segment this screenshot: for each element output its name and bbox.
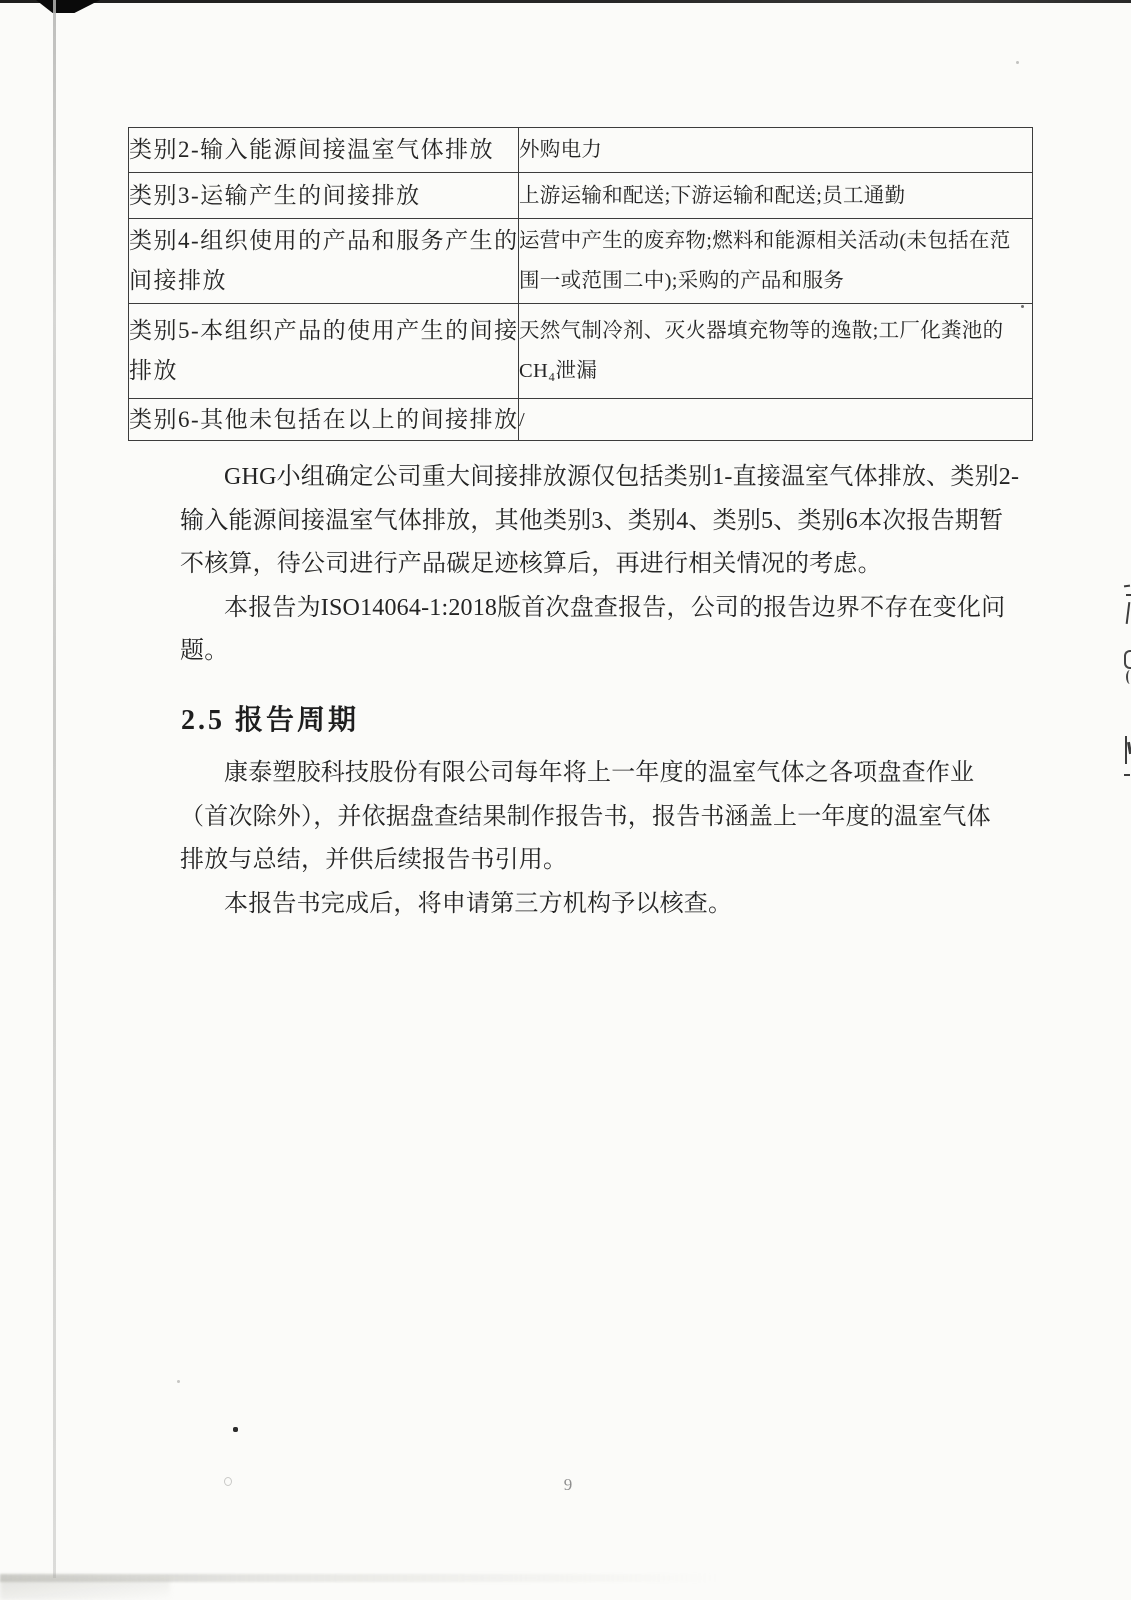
source-text: / <box>519 400 1032 440</box>
scan-artifact-edge-fragment <box>1124 650 1131 669</box>
paragraph-line: 输入能源间接温室气体排放，其他类别3、类别4、类别5、类别6本次报告期暂 <box>180 500 995 544</box>
emission-categories-table: 类别2-输入能源间接温室气体排放 外购电力 类别3-运输产生的间接排放 上游运输… <box>128 127 1033 441</box>
paragraph-line: （首次除外），并依据盘查结果制作报告书，报告书涵盖上一年度的温室气体 <box>180 796 995 840</box>
scan-artifact-speck <box>177 1380 180 1383</box>
scan-artifact-speck <box>233 1427 238 1432</box>
source-text: 上游运输和配送;下游运输和配送;员工通勤 <box>519 176 1032 216</box>
paragraph-line: 本报告为ISO14064-1:2018版首次盘查报告，公司的报告边界不存在变化问 <box>180 587 995 631</box>
scanned-document-page: 类别2-输入能源间接温室气体排放 外购电力 类别3-运输产生的间接排放 上游运输… <box>0 0 1131 1600</box>
table-row: 类别6-其他未包括在以上的间接排放 / <box>129 399 1033 441</box>
scan-artifact-edge-fragment <box>1124 774 1130 776</box>
paragraph-line: 不核算，待公司进行产品碳足迹核算后，再进行相关情况的考虑。 <box>180 543 995 587</box>
scan-artifact-top-edge <box>0 0 1131 3</box>
scan-artifact-top-wedge <box>36 0 100 13</box>
paragraph-line: 康泰塑胶科技股份有限公司每年将上一年度的温室气体之各项盘查作业 <box>180 752 995 796</box>
source-text: 外购电力 <box>519 130 1032 170</box>
scan-artifact-speck <box>224 1477 232 1486</box>
table-row: 类别5-本组织产品的使用产生的间接 排放 天然气制冷剂、灭火器填充物等的逸散;工… <box>129 304 1033 399</box>
scan-artifact-edge-fragment <box>1127 742 1131 754</box>
scan-artifact-edge-fragment <box>1125 736 1127 764</box>
paragraph-report-cycle: 康泰塑胶科技股份有限公司每年将上一年度的温室气体之各项盘查作业 （首次除外），并… <box>180 752 995 926</box>
table-row: 类别3-运输产生的间接排放 上游运输和配送;下游运输和配送;员工通勤 <box>129 173 1033 219</box>
scan-artifact-edge-fragment <box>1126 670 1131 684</box>
scan-artifact-bottom-shadow <box>0 1574 920 1582</box>
scan-artifact-edge-fragment <box>1126 594 1131 596</box>
paragraph-line: 题。 <box>180 630 995 674</box>
page-number: 9 <box>553 1475 583 1495</box>
scan-artifact-bottom-corner <box>0 1578 170 1600</box>
source-text: 围一或范围二中);采购的产品和服务 <box>519 261 1032 301</box>
category-label: 类别3-运输产生的间接排放 <box>129 176 518 216</box>
table-row: 类别2-输入能源间接温室气体排放 外购电力 <box>129 128 1033 173</box>
category-label: 间接排放 <box>129 261 518 301</box>
source-text: 天然气制冷剂、灭火器填充物等的逸散;工厂化粪池的 <box>519 311 1032 351</box>
scan-artifact-edge-fragment <box>1124 585 1130 588</box>
source-text: CH₄泄漏 <box>519 351 1032 391</box>
paragraph-line: GHG小组确定公司重大间接排放源仅包括类别1-直接温室气体排放、类别2- <box>180 456 995 500</box>
category-label: 类别2-输入能源间接温室气体排放 <box>129 130 518 170</box>
paragraph-line: 本报告书完成后，将申请第三方机构予以核查。 <box>180 883 995 927</box>
paragraph-line: 排放与总结，并供后续报告书引用。 <box>180 839 995 883</box>
source-text: 运营中产生的废弃物;燃料和能源相关活动(未包括在范 <box>519 221 1032 261</box>
table-row: 类别4-组织使用的产品和服务产生的 间接排放 运营中产生的废弃物;燃料和能源相关… <box>129 219 1033 304</box>
section-heading-2-5: 2.5 报告周期 <box>181 698 359 738</box>
scan-artifact-edge-fragment <box>1126 602 1131 624</box>
category-label: 类别5-本组织产品的使用产生的间接 <box>129 311 518 351</box>
category-label: 类别4-组织使用的产品和服务产生的 <box>129 221 518 261</box>
category-label: 排放 <box>129 351 518 391</box>
category-label: 类别6-其他未包括在以上的间接排放 <box>129 400 518 440</box>
scan-artifact-speck <box>1016 61 1019 64</box>
paragraph-significant-sources: GHG小组确定公司重大间接排放源仅包括类别1-直接温室气体排放、类别2- 输入能… <box>180 456 995 674</box>
scan-artifact-page-fold-line <box>53 0 56 1578</box>
